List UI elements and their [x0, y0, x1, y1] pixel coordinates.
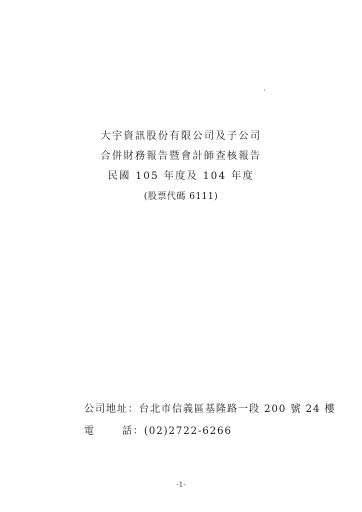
- scan-speck: [264, 89, 265, 91]
- company-name: 大宇資訊股份有限公司及子公司: [0, 132, 362, 142]
- report-period: 民國 105 年度及 104 年度: [0, 172, 362, 182]
- report-title: 合併財務報告暨會計師查核報告: [0, 152, 362, 162]
- page-number: -1-: [0, 481, 362, 489]
- address-label: 公司地址：: [84, 405, 139, 415]
- phone-label-char1: 電: [84, 427, 95, 437]
- title-block: 大宇資訊股份有限公司及子公司 合併財務報告暨會計師查核報告 民國 105 年度及…: [0, 132, 362, 212]
- address-value: 台北市信義區基隆路一段 200 號 24 樓: [139, 404, 336, 415]
- phone-label: 電 話：: [84, 427, 144, 437]
- address-row: 公司地址：台北市信義區基隆路一段 200 號 24 樓: [84, 405, 336, 415]
- phone-label-char2: 話：: [122, 427, 144, 437]
- phone-row: 電 話： (02)2722-6266: [84, 427, 336, 437]
- phone-value: (02)2722-6266: [144, 426, 232, 437]
- stock-code: (股票代碼 6111): [0, 192, 362, 202]
- contact-info: 公司地址：台北市信義區基隆路一段 200 號 24 樓 電 話： (02)272…: [84, 405, 336, 449]
